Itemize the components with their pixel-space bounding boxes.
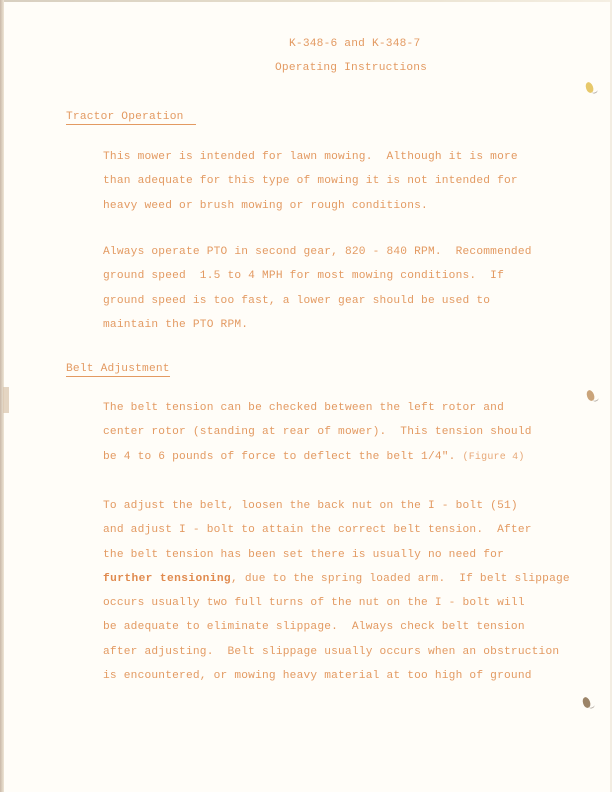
figure-reference: (Figure 4) [463, 452, 525, 463]
paragraph-lawn-mowing: This mower is intended for lawn mowing. … [103, 145, 518, 218]
paragraph-pto-operation: Always operate PTO in second gear, 820 -… [103, 240, 532, 337]
text-line-content: be 4 to 6 pounds of force to deflect the… [103, 451, 456, 463]
text-line: and adjust I - bolt to attain the correc… [103, 518, 570, 542]
paragraph-belt-adjust-procedure: To adjust the belt, loosen the back nut … [103, 494, 570, 688]
text-line: heavy weed or brush mowing or rough cond… [103, 194, 518, 218]
smudged-overstrike-text: further tensioning [103, 573, 231, 585]
section-heading-belt-adjustment: Belt Adjustment [66, 363, 170, 377]
text-line: further tensioning, due to the spring lo… [103, 567, 570, 591]
text-line-content: , due to the spring loaded arm. If belt … [231, 573, 570, 585]
text-line: after adjusting. Belt slippage usually o… [103, 640, 570, 664]
text-line: is encountered, or mowing heavy material… [103, 664, 570, 688]
text-line: be 4 to 6 pounds of force to deflect the… [103, 445, 532, 470]
binder-hole-mark-icon [581, 696, 591, 709]
text-line: center rotor (standing at rear of mower)… [103, 420, 532, 444]
text-line: This mower is intended for lawn mowing. … [103, 145, 518, 169]
text-line: To adjust the belt, loosen the back nut … [103, 494, 570, 518]
model-numbers: K-348-6 and K-348-7 [289, 38, 420, 50]
text-line: than adequate for this type of mowing it… [103, 169, 518, 193]
document-title: Operating Instructions [275, 62, 427, 74]
text-line: occurs usually two full turns of the nut… [103, 591, 570, 615]
text-line: ground speed is too fast, a lower gear s… [103, 289, 532, 313]
section-heading-tractor-operation: Tractor Operation [66, 111, 196, 125]
text-line: maintain the PTO RPM. [103, 313, 532, 337]
page-edge-top [0, 0, 612, 2]
binder-hole-mark-icon [584, 81, 594, 94]
binder-hole-mark-icon [585, 389, 595, 402]
binding-tab-mark [3, 387, 9, 413]
text-line: ground speed 1.5 to 4 MPH for most mowin… [103, 264, 532, 288]
text-line: the belt tension has been set there is u… [103, 543, 570, 567]
paragraph-belt-tension-check: The belt tension can be checked between … [103, 396, 532, 470]
text-line: be adequate to eliminate slippage. Alway… [103, 615, 570, 639]
text-line: The belt tension can be checked between … [103, 396, 532, 420]
text-line: Always operate PTO in second gear, 820 -… [103, 240, 532, 264]
